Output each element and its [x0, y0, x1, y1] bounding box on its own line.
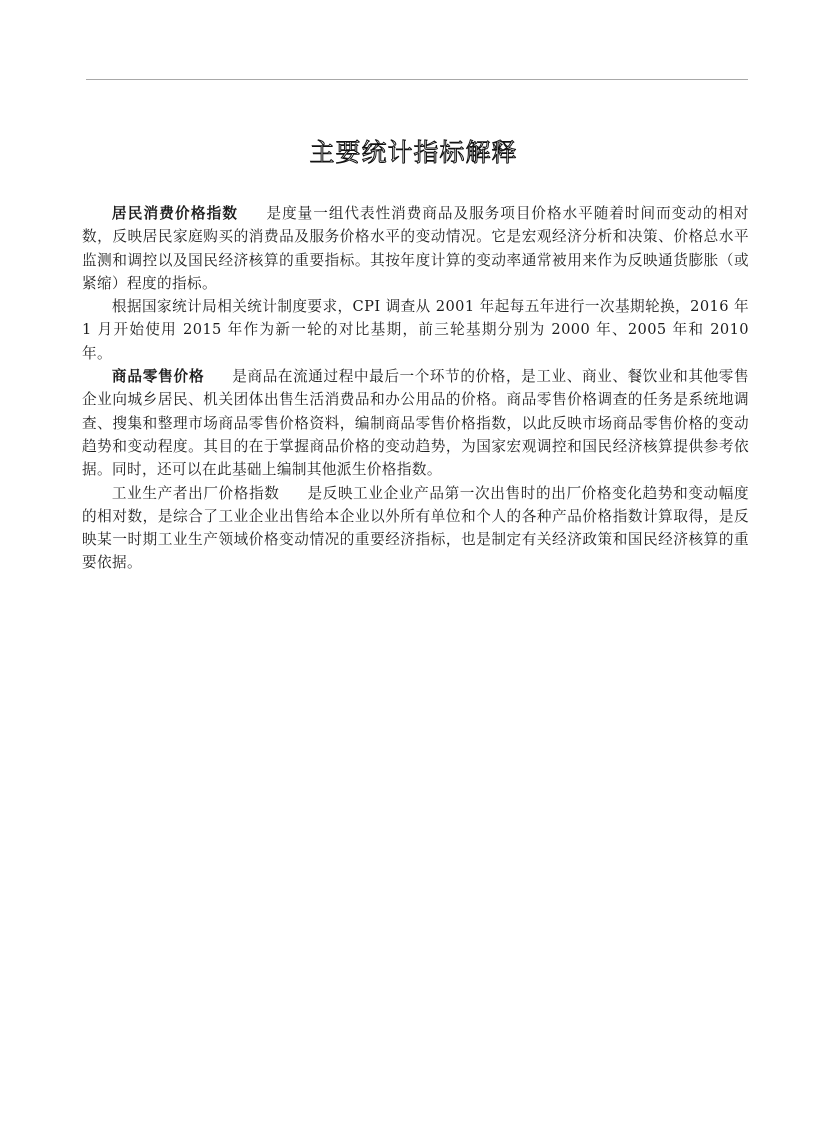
document-body: 居民消费价格指数是度量一组代表性消费商品及服务项目价格水平随着时间而变动的相对数… — [82, 202, 749, 575]
term-retail-price: 商品零售价格 — [112, 368, 204, 385]
paragraph-retail-price: 商品零售价格是商品在流通过程中最后一个环节的价格，是工业、商业、餐饮业和其他零售… — [82, 365, 749, 481]
paragraph-ppi: 工业生产者出厂价格指数是反映工业企业产品第一次出售时的出厂价格变化趋势和变动幅度… — [82, 482, 749, 575]
paragraph-text: 根据国家统计局相关统计制度要求，CPI 调查从 2001 年起每五年进行一次基期… — [82, 298, 749, 362]
page-title: 主要统计指标解释 — [0, 133, 827, 173]
term-ppi: 工业生产者出厂价格指数 — [112, 485, 280, 502]
paragraph-cpi-base-period: 根据国家统计局相关统计制度要求，CPI 调查从 2001 年起每五年进行一次基期… — [82, 295, 749, 365]
term-cpi: 居民消费价格指数 — [112, 205, 238, 222]
header-rule — [86, 79, 748, 80]
paragraph-cpi-definition: 居民消费价格指数是度量一组代表性消费商品及服务项目价格水平随着时间而变动的相对数… — [82, 202, 749, 295]
